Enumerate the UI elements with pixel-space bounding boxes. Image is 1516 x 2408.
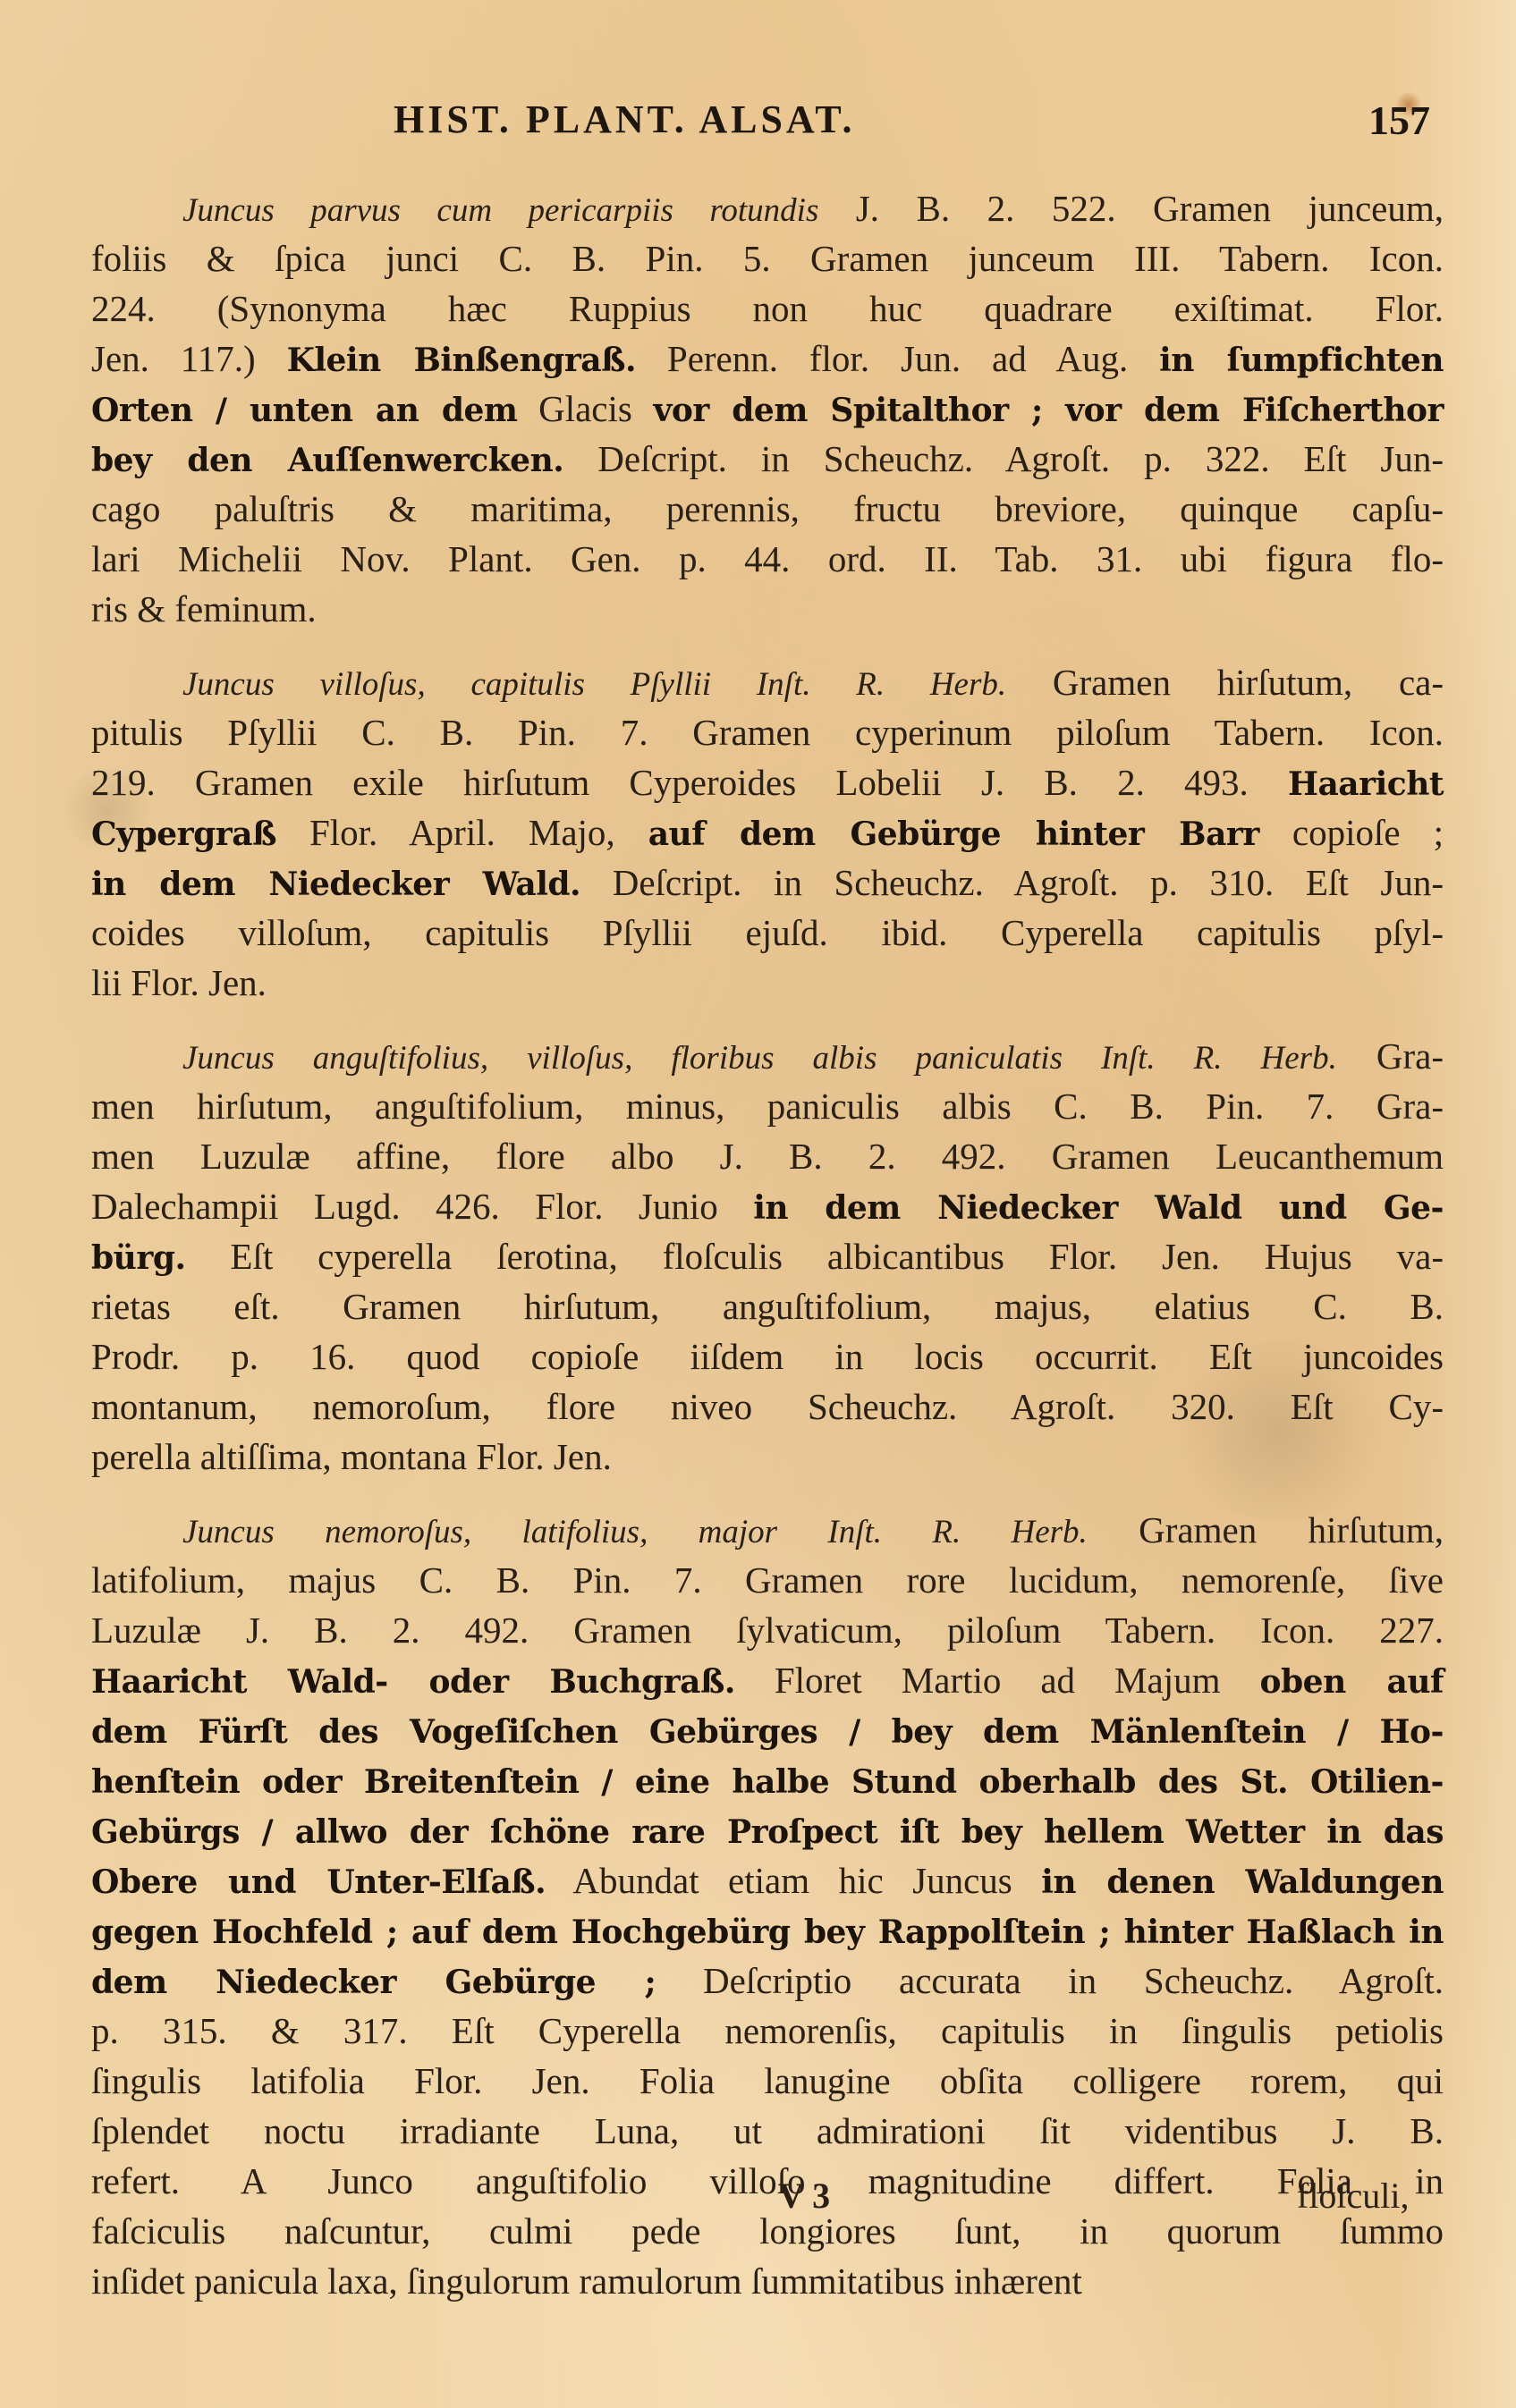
text-line: Juncus parvus cum pericarpiis rotundis J… xyxy=(91,183,1444,233)
latin-text: lii Flor. Jen. xyxy=(91,962,267,1003)
latin-text: Gramen hirſutum, ca- xyxy=(1006,662,1444,703)
text-line: montanum, nemoroſum, flore niveo Scheuch… xyxy=(91,1381,1444,1432)
catchword: floſculi, xyxy=(1297,2175,1410,2217)
latin-text: J. B. 2. 522. Gramen junceum, xyxy=(818,188,1444,229)
text-line: 224. (Synonyma hæc Ruppius non huc quadr… xyxy=(91,283,1444,334)
german-text: dem Niedecker Gebürge ; xyxy=(91,1964,656,2001)
german-text: oben auf xyxy=(1259,1663,1444,1701)
text-line: pitulis Pſyllii C. B. Pin. 7. Gramen cyp… xyxy=(91,707,1444,757)
german-text: Klein Binßengraß. xyxy=(287,342,636,379)
latin-text: men Luzulæ affine, flore albo J. B. 2. 4… xyxy=(91,1136,1444,1177)
text-line: bürg. Eſt cyperella ſerotina, floſculis … xyxy=(91,1231,1444,1281)
latin-text: Gramen hirſutum, xyxy=(1088,1509,1444,1550)
german-text: in dem Niedecker Wald. xyxy=(91,866,580,903)
text-line: Juncus villoſus, capitulis Pſyllii Inſt.… xyxy=(91,657,1444,707)
latin-text: montanum, nemoroſum, flore niveo Scheuch… xyxy=(91,1386,1444,1427)
text-line: ſplendet noctu irradiante Luna, ut admir… xyxy=(91,2106,1444,2156)
latin-text: Floret Martio ad Majum xyxy=(735,1660,1260,1701)
german-text: in dem Niedecker Wald und Ge- xyxy=(753,1189,1444,1227)
latin-text: foliis & ſpica junci C. B. Pin. 5. Grame… xyxy=(91,238,1444,279)
german-text: gegen Hochfeld ; auf dem Hochgebürg bey … xyxy=(91,1914,1444,1951)
latin-text: ſplendet noctu irradiante Luna, ut admir… xyxy=(91,2110,1444,2151)
species-entry: Juncus parvus cum pericarpiis rotundis J… xyxy=(91,183,1444,634)
latin-text: Deſcriptio accurata in Scheuchz. Agroſt. xyxy=(656,1960,1444,2001)
text-line: Dalechampii Lugd. 426. Flor. Junio in de… xyxy=(91,1181,1444,1231)
species-entry: Juncus anguſtifolius, villoſus, floribus… xyxy=(91,1031,1444,1482)
latin-text: Eſt cyperella ſerotina, floſculis albica… xyxy=(186,1236,1444,1277)
text-line: coides villoſum, capitulis Pſyllii ejuſd… xyxy=(91,908,1444,958)
latin-text: p. 315. & 317. Eſt Cyperella nemorenſis,… xyxy=(91,2010,1444,2051)
german-text: Obere und Unter-Elſaß. xyxy=(91,1863,546,1901)
species-entry: Juncus villoſus, capitulis Pſyllii Inſt.… xyxy=(91,657,1444,1008)
text-line: Gebürgs / allwo der ſchöne rare Proſpect… xyxy=(91,1805,1444,1855)
latin-text: Dalechampii Lugd. 426. Flor. Junio xyxy=(91,1186,753,1227)
text-line: Jen. 117.) Klein Binßengraß. Perenn. flo… xyxy=(91,334,1444,384)
text-line: Haaricht Wald- oder Buchgraß. Floret Mar… xyxy=(91,1655,1444,1705)
text-line: dem Niedecker Gebürge ; Deſcriptio accur… xyxy=(91,1956,1444,2006)
text-line: p. 315. & 317. Eſt Cyperella nemorenſis,… xyxy=(91,2006,1444,2056)
species-name: Juncus anguſtifolius, villoſus, floribus… xyxy=(182,1040,1337,1077)
text-line: Prodr. p. 16. quod copioſe iiſdem in loc… xyxy=(91,1331,1444,1381)
text-line: henſtein oder Breitenſtein / eine halbe … xyxy=(91,1755,1444,1805)
latin-text: Flor. April. Majo, xyxy=(276,812,648,853)
german-text: in denen Waldungen xyxy=(1041,1863,1444,1901)
species-name: Juncus parvus cum pericarpiis rotundis xyxy=(182,192,818,229)
german-text: Gebürgs / allwo der ſchöne rare Proſpect… xyxy=(91,1813,1444,1851)
german-text: henſtein oder Breitenſtein / eine halbe … xyxy=(91,1763,1444,1801)
latin-text: perella altiſſima, montana Flor. Jen. xyxy=(91,1436,612,1477)
species-name: Juncus villoſus, capitulis Pſyllii Inſt.… xyxy=(182,666,1006,703)
text-line: inſidet panicula laxa, ſingulorum ramulo… xyxy=(91,2256,1444,2306)
german-text: dem Fürſt des Vogeſiſchen Gebürges / bey… xyxy=(91,1713,1444,1751)
text-line: men hirſutum, anguſtifolium, minus, pani… xyxy=(91,1081,1444,1131)
latin-text: Deſcript. in Scheuchz. Agroſt. p. 310. E… xyxy=(580,862,1444,903)
german-text: Haaricht xyxy=(1288,765,1444,803)
page-footer: V 3 floſculi, xyxy=(0,2175,1516,2228)
text-line: Juncus nemoroſus, latifolius, major Inſt… xyxy=(91,1505,1444,1555)
text-line: in dem Niedecker Wald. Deſcript. in Sche… xyxy=(91,858,1444,908)
text-line: Luzulæ J. B. 2. 492. Gramen ſylvaticum, … xyxy=(91,1605,1444,1655)
latin-text: latifolium, majus C. B. Pin. 7. Gramen r… xyxy=(91,1559,1444,1601)
text-line: gegen Hochfeld ; auf dem Hochgebürg bey … xyxy=(91,1905,1444,1956)
text-line: ris & feminum. xyxy=(91,584,1444,634)
text-line: Juncus anguſtifolius, villoſus, floribus… xyxy=(91,1031,1444,1081)
latin-text: ſingulis latifolia Flor. Jen. Folia lanu… xyxy=(91,2060,1444,2101)
text-line: Obere und Unter-Elſaß. Abundat etiam hic… xyxy=(91,1855,1444,1905)
latin-text: rietas eſt. Gramen hirſutum, anguſtifoli… xyxy=(91,1286,1444,1327)
latin-text: Deſcript. in Scheuchz. Agroſt. p. 322. E… xyxy=(563,438,1444,479)
latin-text: ris & feminum. xyxy=(91,588,317,629)
latin-text: copioſe ; xyxy=(1259,812,1444,853)
text-line: latifolium, majus C. B. Pin. 7. Gramen r… xyxy=(91,1555,1444,1605)
latin-text: inſidet panicula laxa, ſingulorum ramulo… xyxy=(91,2260,1082,2302)
text-line: lari Michelii Nov. Plant. Gen. p. 44. or… xyxy=(91,534,1444,584)
german-text: auf dem Gebürge hinter Barr xyxy=(648,815,1259,853)
latin-text: Glacis xyxy=(518,388,654,429)
german-text: bey den Auſſenwercken. xyxy=(91,442,563,479)
text-line: Orten / unten an dem Glacis vor dem Spit… xyxy=(91,384,1444,434)
text-line: rietas eſt. Gramen hirſutum, anguſtifoli… xyxy=(91,1281,1444,1331)
running-title: HIST. PLANT. ALSAT. xyxy=(394,97,856,142)
species-name: Juncus nemoroſus, latifolius, major Inſt… xyxy=(182,1514,1088,1550)
latin-text: Luzulæ J. B. 2. 492. Gramen ſylvaticum, … xyxy=(91,1610,1444,1651)
latin-text: Prodr. p. 16. quod copioſe iiſdem in loc… xyxy=(91,1336,1444,1377)
latin-text: 219. Gramen exile hirſutum Cyperoides Lo… xyxy=(91,762,1288,803)
latin-text: cago paluſtris & maritima, perennis, fru… xyxy=(91,488,1444,529)
german-text: in ſumpfichten xyxy=(1159,342,1444,379)
signature-mark: V 3 xyxy=(778,2175,830,2217)
latin-text: Perenn. flor. Jun. ad Aug. xyxy=(636,338,1159,379)
german-text: Cypergraß xyxy=(91,815,276,853)
latin-text: coides villoſum, capitulis Pſyllii ejuſd… xyxy=(91,912,1444,953)
latin-text: Abundat etiam hic Juncus xyxy=(546,1860,1041,1901)
text-line: men Luzulæ affine, flore albo J. B. 2. 4… xyxy=(91,1131,1444,1181)
latin-text: Jen. 117.) xyxy=(91,338,287,379)
text-line: perella altiſſima, montana Flor. Jen. xyxy=(91,1432,1444,1482)
text-line: bey den Auſſenwercken. Deſcript. in Sche… xyxy=(91,434,1444,484)
text-line: lii Flor. Jen. xyxy=(91,958,1444,1008)
german-text: Haaricht Wald- oder Buchgraß. xyxy=(91,1663,735,1701)
main-text: Juncus parvus cum pericarpiis rotundis J… xyxy=(91,183,1444,2329)
latin-text: men hirſutum, anguſtifolium, minus, pani… xyxy=(91,1086,1444,1127)
text-line: ſingulis latifolia Flor. Jen. Folia lanu… xyxy=(91,2056,1444,2106)
latin-text: lari Michelii Nov. Plant. Gen. p. 44. or… xyxy=(91,538,1444,579)
latin-text: 224. (Synonyma hæc Ruppius non huc quadr… xyxy=(91,288,1444,329)
text-line: foliis & ſpica junci C. B. Pin. 5. Grame… xyxy=(91,233,1444,283)
german-text: Orten / unten an dem xyxy=(91,392,518,429)
german-text: vor dem Spitalthor ; vor dem Fiſcherthor xyxy=(653,392,1444,429)
latin-text: pitulis Pſyllii C. B. Pin. 7. Gramen cyp… xyxy=(91,712,1444,753)
text-line: 219. Gramen exile hirſutum Cyperoides Lo… xyxy=(91,757,1444,807)
text-line: cago paluſtris & maritima, perennis, fru… xyxy=(91,484,1444,534)
text-line: dem Fürſt des Vogeſiſchen Gebürges / bey… xyxy=(91,1705,1444,1755)
latin-text: Gra- xyxy=(1337,1035,1444,1077)
running-head: HIST. PLANT. ALSAT. 157 xyxy=(0,97,1516,150)
page-number: 157 xyxy=(1368,97,1430,144)
book-page: HIST. PLANT. ALSAT. 157 Juncus parvus cu… xyxy=(0,0,1516,2408)
text-line: Cypergraß Flor. April. Majo, auf dem Geb… xyxy=(91,807,1444,858)
german-text: bürg. xyxy=(91,1239,186,1277)
